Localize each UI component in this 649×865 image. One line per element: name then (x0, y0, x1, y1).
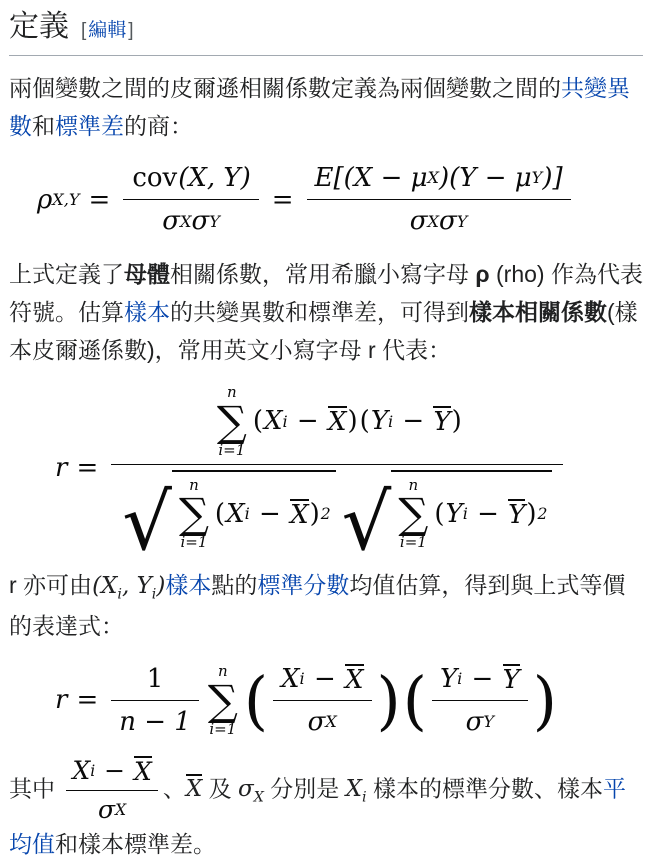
formula-standard-score: r = 1 n − 1 n∑i=1 ( Xi − X σX ) ( Yi − Y… (9, 662, 643, 740)
formula-population-correlation: ρX,Y = cov(X, Y) σXσY = E[(X − μX)(Y − μ… (9, 161, 643, 239)
x-i-inline: Xi (346, 776, 367, 802)
edit-bracket-close: ] (128, 20, 133, 41)
x-bar: X (134, 756, 152, 785)
sigma-sum-icon: ∑ (398, 494, 428, 534)
y-bar: Y (433, 406, 450, 436)
equals-sign: = (80, 184, 120, 217)
inline-math: (Xi (92, 573, 122, 599)
text-run: 的商： (124, 113, 193, 139)
rho-symbol: ρ (37, 184, 52, 217)
wiki-link[interactable]: 標準分數 (257, 572, 349, 598)
text-run: 、 (163, 775, 186, 801)
fraction-x-score: Xi − X σX (273, 662, 372, 740)
text-run: 和 (32, 113, 55, 139)
text-run: 分別是 (264, 775, 346, 801)
edit-bracket-open: [ (81, 20, 86, 41)
sigma-sum-icon: ∑ (208, 681, 238, 721)
edit-link[interactable]: 編輯 (88, 20, 126, 41)
wiki-link[interactable]: 樣本 (124, 299, 170, 325)
sigma-x: σ (410, 205, 428, 238)
x-bar-inline: X (186, 776, 202, 802)
fraction-expectation: E[(X − μX)(Y − μY)] σXσY (307, 161, 571, 239)
section-title: 定義 (9, 10, 69, 43)
text-run: 樣本相關係數 (469, 299, 607, 325)
wiki-link[interactable]: 樣本 (165, 572, 211, 598)
text-run: 樣本的標準分數、樣 (367, 775, 580, 801)
text-run: 上式定義了 (9, 261, 124, 287)
inline-math: , Yi (122, 573, 156, 599)
section-heading: 定義[編輯] (9, 6, 643, 56)
text-run: 的共變異數和標準差，可得到 (170, 299, 469, 325)
radical-icon: √ (122, 490, 172, 556)
paragraph-where: 其中 Xi − XσX、X 及 σX 分別是 Xi 樣本的標準分數、樣本平均值和… (9, 756, 643, 863)
x-bar: X (345, 664, 364, 694)
radical-icon: √ (342, 490, 392, 556)
inline-math: ) (156, 573, 165, 599)
sigma-x: σ (162, 205, 180, 238)
x-bar: X (290, 499, 309, 529)
y-bar: Y (503, 664, 520, 694)
article-content: 定義[編輯] 兩個變數之間的皮爾遜相關係數定義為兩個變數之間的共變異數和標準差的… (0, 0, 649, 865)
cov-args: (X, Y) (178, 162, 251, 195)
summation: n∑i=1 (217, 384, 247, 458)
fraction-y-score: Yi − Y σY (432, 662, 528, 740)
sqrt-y: √ n∑i=1 (Yi − Y)2 (342, 470, 553, 551)
equals-sign: = (263, 184, 303, 217)
text-run: ρ (475, 261, 489, 287)
text-run: 其中 (9, 775, 61, 801)
x-bar: X (328, 406, 347, 436)
text-run: 和樣本標準差。 (55, 831, 216, 857)
sigma-sum-icon: ∑ (217, 402, 247, 442)
formula-sample-correlation: r = n∑i=1 (Xi − X)(Yi − Y) √ n∑i=1 (Xi −… (9, 383, 643, 552)
text-run: 兩個變數之間的皮爾遜相關係數定義為兩個變數之間的 (9, 75, 561, 101)
text-run: r 亦可由 (9, 572, 92, 598)
paragraph-population: 上式定義了母體相關係數，常用希臘小寫字母 ρ (rho) 作為代表符號。估算樣本… (9, 255, 643, 370)
text-run: 及 (202, 775, 238, 801)
paragraph-definition: 兩個變數之間的皮爾遜相關係數定義為兩個變數之間的共變異數和標準差的商： (9, 69, 643, 145)
fraction-cov: cov(X, Y) σXσY (123, 161, 258, 239)
equals-sign: = (67, 452, 107, 485)
text-run: 母體 (124, 261, 170, 287)
expectation-left: E[(X − μ (315, 162, 428, 195)
summation: n∑i=1 (179, 477, 209, 551)
expectation-right: )] (542, 162, 562, 195)
sigma-y: σ (191, 205, 209, 238)
fraction-r: n∑i=1 (Xi − X)(Yi − Y) √ n∑i=1 (Xi − X)2… (111, 383, 563, 552)
expectation-mid: )(Y − μ (439, 162, 532, 195)
text-run: 相關係數，常用希臘小寫字母 (170, 261, 475, 287)
y-bar: Y (508, 499, 525, 529)
edit-section: [編輯] (81, 20, 134, 41)
sigma-y: σ (439, 205, 457, 238)
equals-sign: = (67, 684, 107, 717)
sigma-x-inline: σX (238, 776, 264, 802)
text-run: 點的 (211, 572, 257, 598)
summation: n∑i=1 (208, 663, 238, 737)
wiki-link[interactable]: 標準差 (55, 113, 124, 139)
sigma-sum-icon: ∑ (179, 494, 209, 534)
r-symbol: r (55, 452, 67, 485)
fraction-one-over-n-1: 1 n − 1 (111, 662, 199, 740)
text-run: 本 (580, 775, 603, 801)
summation: n∑i=1 (398, 477, 428, 551)
sqrt-x: √ n∑i=1 (Xi − X)2 (122, 470, 335, 551)
cov-operator: cov (131, 162, 178, 195)
r-symbol: r (55, 684, 67, 717)
paragraph-standard-score: r 亦可由(Xi, Yi)樣本點的標準分數均值估算，得到與上式等價的表達式： (9, 566, 643, 645)
inline-fraction-x-score: Xi − XσX (66, 756, 157, 825)
